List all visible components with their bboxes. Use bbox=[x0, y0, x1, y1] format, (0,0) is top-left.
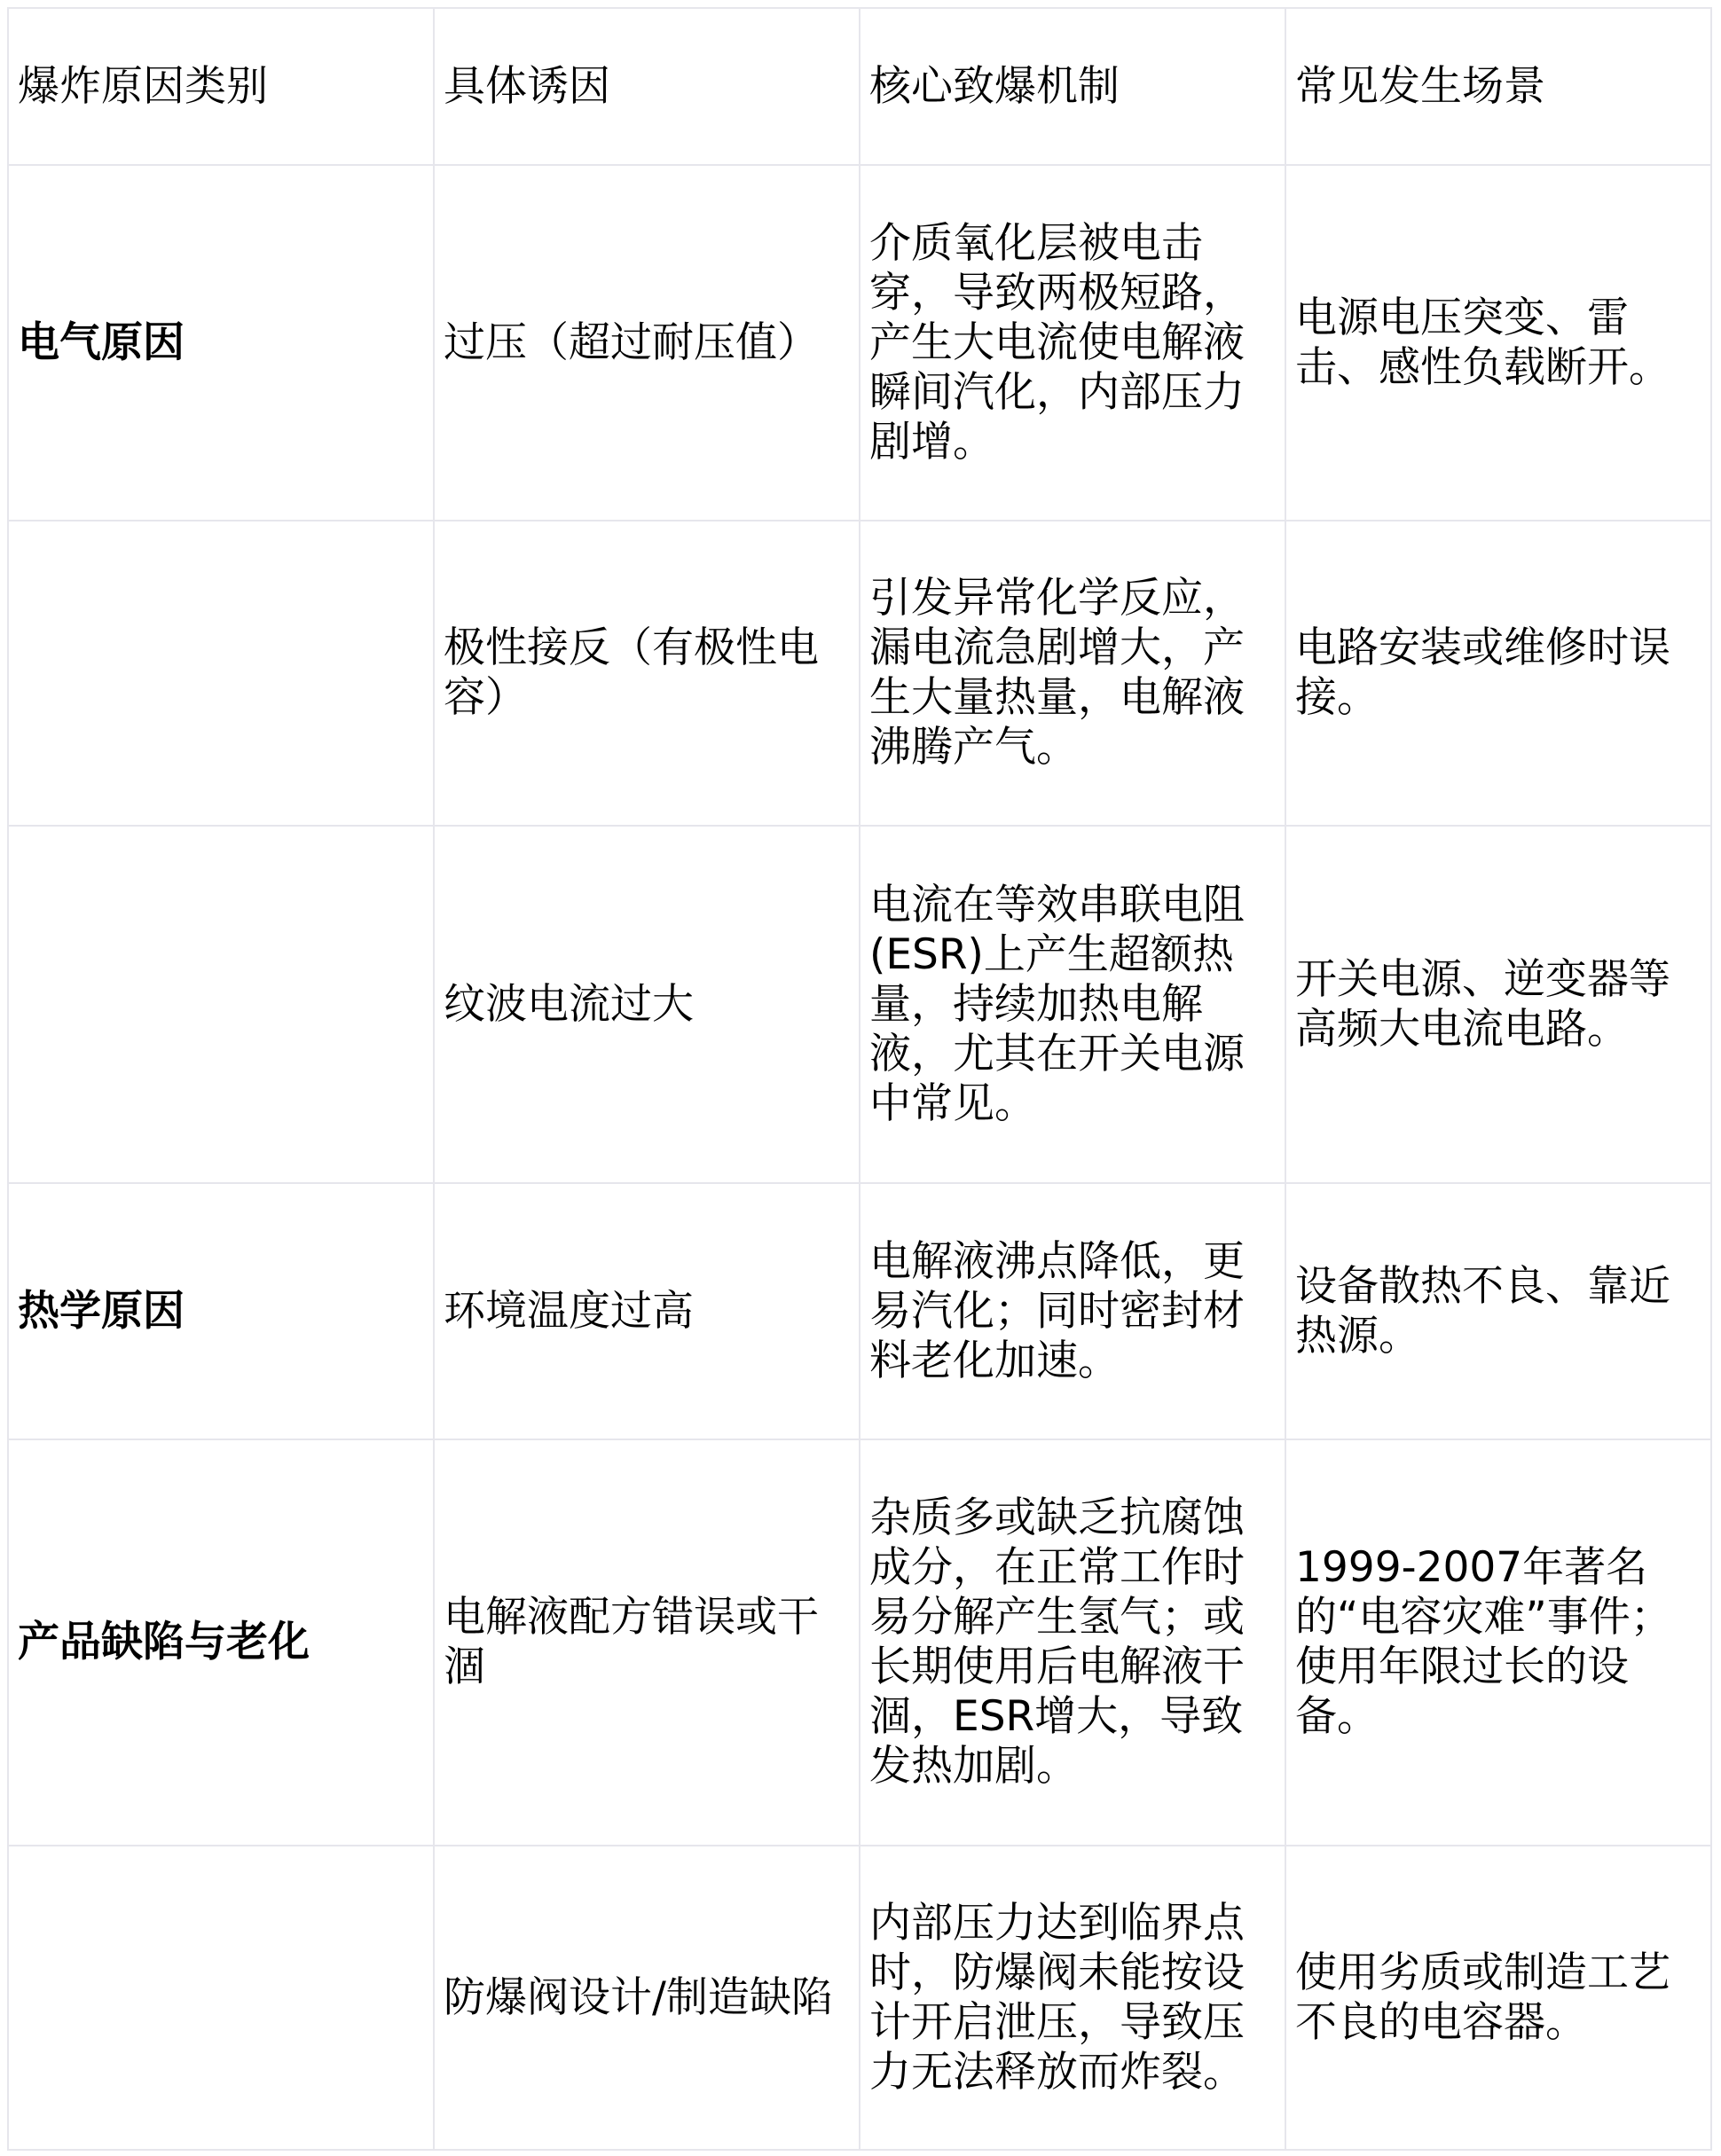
capacitor-explosion-causes-table: 爆炸原因类别 具体诱因 核心致爆机制 常见发生场景 电气原因 过压（超过耐压值）… bbox=[7, 7, 1712, 2151]
row-mechanism: 杂质多或缺乏抗腐蚀成分，在正常工作时易分解产生氢气；或长期使用后电解液干涸，ES… bbox=[860, 1439, 1285, 1846]
header-category: 爆炸原因类别 bbox=[8, 8, 434, 165]
row-scenario: 设备散热不良、靠近热源。 bbox=[1285, 1183, 1711, 1439]
table-row: 纹波电流过大 电流在等效串联电阻(ESR)上产生超额热量，持续加热电解液，尤其在… bbox=[8, 826, 1711, 1183]
table-header-row: 爆炸原因类别 具体诱因 核心致爆机制 常见发生场景 bbox=[8, 8, 1711, 165]
row-mechanism: 电流在等效串联电阻(ESR)上产生超额热量，持续加热电解液，尤其在开关电源中常见… bbox=[860, 826, 1285, 1183]
row-category: 电气原因 bbox=[8, 165, 434, 521]
row-cause: 极性接反（有极性电容） bbox=[434, 521, 860, 826]
row-cause: 环境温度过高 bbox=[434, 1183, 860, 1439]
row-cause: 电解液配方错误或干涸 bbox=[434, 1439, 860, 1846]
row-mechanism: 内部压力达到临界点时，防爆阀未能按设计开启泄压，导致压力无法释放而炸裂。 bbox=[860, 1846, 1285, 2150]
row-category bbox=[8, 826, 434, 1183]
header-scenario: 常见发生场景 bbox=[1285, 8, 1711, 165]
table-row: 防爆阀设计/制造缺陷 内部压力达到临界点时，防爆阀未能按设计开启泄压，导致压力无… bbox=[8, 1846, 1711, 2150]
row-cause: 过压（超过耐压值） bbox=[434, 165, 860, 521]
row-scenario: 电路安装或维修时误接。 bbox=[1285, 521, 1711, 826]
row-scenario: 开关电源、逆变器等高频大电流电路。 bbox=[1285, 826, 1711, 1183]
table-row: 产品缺陷与老化 电解液配方错误或干涸 杂质多或缺乏抗腐蚀成分，在正常工作时易分解… bbox=[8, 1439, 1711, 1846]
row-mechanism: 引发异常化学反应，漏电流急剧增大，产生大量热量，电解液沸腾产气。 bbox=[860, 521, 1285, 826]
row-category: 热学原因 bbox=[8, 1183, 434, 1439]
header-mechanism: 核心致爆机制 bbox=[860, 8, 1285, 165]
row-mechanism: 电解液沸点降低，更易汽化；同时密封材料老化加速。 bbox=[860, 1183, 1285, 1439]
row-scenario: 电源电压突变、雷击、感性负载断开。 bbox=[1285, 165, 1711, 521]
row-category: 产品缺陷与老化 bbox=[8, 1439, 434, 1846]
row-cause: 纹波电流过大 bbox=[434, 826, 860, 1183]
row-category bbox=[8, 521, 434, 826]
table-row: 热学原因 环境温度过高 电解液沸点降低，更易汽化；同时密封材料老化加速。 设备散… bbox=[8, 1183, 1711, 1439]
row-mechanism: 介质氧化层被电击穿，导致两极短路，产生大电流使电解液瞬间汽化，内部压力剧增。 bbox=[860, 165, 1285, 521]
header-cause: 具体诱因 bbox=[434, 8, 860, 165]
table-row: 极性接反（有极性电容） 引发异常化学反应，漏电流急剧增大，产生大量热量，电解液沸… bbox=[8, 521, 1711, 826]
table-row: 电气原因 过压（超过耐压值） 介质氧化层被电击穿，导致两极短路，产生大电流使电解… bbox=[8, 165, 1711, 521]
row-scenario: 使用劣质或制造工艺不良的电容器。 bbox=[1285, 1846, 1711, 2150]
row-category bbox=[8, 1846, 434, 2150]
row-cause: 防爆阀设计/制造缺陷 bbox=[434, 1846, 860, 2150]
row-scenario: 1999-2007年著名的“电容灾难”事件；使用年限过长的设备。 bbox=[1285, 1439, 1711, 1846]
